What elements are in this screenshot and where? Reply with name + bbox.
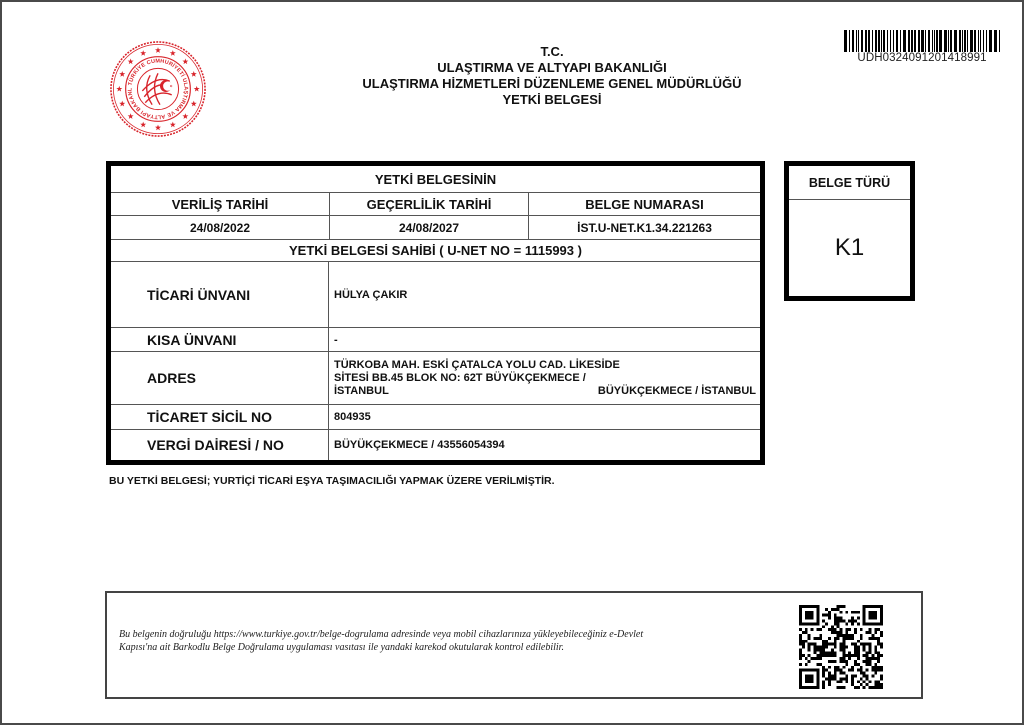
trade-name-value: HÜLYA ÇAKIR	[328, 262, 760, 327]
document-header: T.C. ULAŞTIRMA VE ALTYAPI BAKANLIĞI ULAŞ…	[302, 44, 802, 108]
issue-date-header: VERİLİŞ TARİHİ	[111, 193, 329, 215]
date-header-row: VERİLİŞ TARİHİ GEÇERLİLİK TARİHİ BELGE N…	[111, 193, 760, 216]
authorization-note: BU YETKİ BELGESİ; YURTİÇİ TİCARİ EŞYA TA…	[109, 475, 555, 487]
header-line-tc: T.C.	[302, 44, 802, 60]
certificate-table: YETKİ BELGESİNİN VERİLİŞ TARİHİ GEÇERLİL…	[106, 161, 765, 465]
field-row-short-name: KISA ÜNVANI -	[111, 328, 760, 352]
header-line-ministry: ULAŞTIRMA VE ALTYAPI BAKANLIĞI	[302, 60, 802, 76]
issue-date-value: 24/08/2022	[111, 216, 329, 239]
trade-registry-label: TİCARET SİCİL NO	[111, 405, 328, 429]
address-value: TÜRKOBA MAH. ESKİ ÇATALCA YOLU CAD. LİKE…	[328, 352, 760, 404]
trade-name-label: TİCARİ ÜNVANI	[111, 262, 328, 327]
field-row-trade-registry: TİCARET SİCİL NO 804935	[111, 405, 760, 430]
barcode-number: UDH0324091201418991	[844, 52, 1000, 64]
address-line-1: TÜRKOBA MAH. ESKİ ÇATALCA YOLU CAD. LİKE…	[334, 359, 760, 372]
document-page: TÜRKİYE CUMHURİYETİ ULAŞTIRMA VE ALTYAPI…	[0, 0, 1024, 725]
address-label: ADRES	[111, 352, 328, 404]
ministry-seal-icon: TÜRKİYE CUMHURİYETİ ULAŞTIRMA VE ALTYAPI…	[109, 40, 207, 138]
validity-date-header: GEÇERLİLİK TARİHİ	[329, 193, 528, 215]
address-district-city: BÜYÜKÇEKMECE / İSTANBUL	[598, 385, 756, 398]
holder-title: YETKİ BELGESİ SAHİBİ ( U-NET NO = 111599…	[111, 240, 760, 261]
validity-date-value: 24/08/2027	[329, 216, 528, 239]
certificate-title: YETKİ BELGESİNİN	[111, 166, 760, 192]
field-row-trade-name: TİCARİ ÜNVANI HÜLYA ÇAKIR	[111, 262, 760, 328]
header-line-directorate: ULAŞTIRMA HİZMETLERİ DÜZENLEME GENEL MÜD…	[302, 76, 802, 92]
short-name-label: KISA ÜNVANI	[111, 328, 328, 351]
tax-office-label: VERGİ DAİRESİ / NO	[111, 430, 328, 460]
verification-text-line-1: Bu belgenin doğruluğu https://www.turkiy…	[119, 628, 769, 641]
date-value-row: 24/08/2022 24/08/2027 İST.U-NET.K1.34.22…	[111, 216, 760, 240]
barcode-icon	[844, 30, 1000, 52]
document-barcode: UDH0324091201418991	[844, 30, 1000, 64]
short-name-value: -	[328, 328, 760, 351]
document-type-value: K1	[789, 200, 910, 296]
verification-text-line-2: Kapısı'na ait Barkodlu Belge Doğrulama u…	[119, 641, 769, 654]
certificate-title-row: YETKİ BELGESİNİN	[111, 166, 760, 193]
address-line-2: SİTESİ BB.45 BLOK NO: 62T BÜYÜKÇEKMECE /	[334, 372, 760, 385]
header-line-document-title: YETKİ BELGESİ	[302, 92, 802, 108]
tax-office-value: BÜYÜKÇEKMECE / 43556054394	[328, 430, 760, 460]
document-number-value: İST.U-NET.K1.34.221263	[528, 216, 760, 239]
field-row-tax-office: VERGİ DAİRESİ / NO BÜYÜKÇEKMECE / 435560…	[111, 430, 760, 460]
document-number-header: BELGE NUMARASI	[528, 193, 760, 215]
qr-code-icon	[799, 605, 883, 689]
document-type-title: BELGE TÜRÜ	[789, 166, 910, 200]
field-row-address: ADRES TÜRKOBA MAH. ESKİ ÇATALCA YOLU CAD…	[111, 352, 760, 405]
document-type-box: BELGE TÜRÜ K1	[784, 161, 915, 301]
holder-title-row: YETKİ BELGESİ SAHİBİ ( U-NET NO = 111599…	[111, 240, 760, 262]
trade-registry-value: 804935	[328, 405, 760, 429]
verification-box: Bu belgenin doğruluğu https://www.turkiy…	[105, 591, 923, 699]
address-line-3: İSTANBUL	[334, 385, 389, 398]
verification-text: Bu belgenin doğruluğu https://www.turkiy…	[119, 628, 769, 654]
